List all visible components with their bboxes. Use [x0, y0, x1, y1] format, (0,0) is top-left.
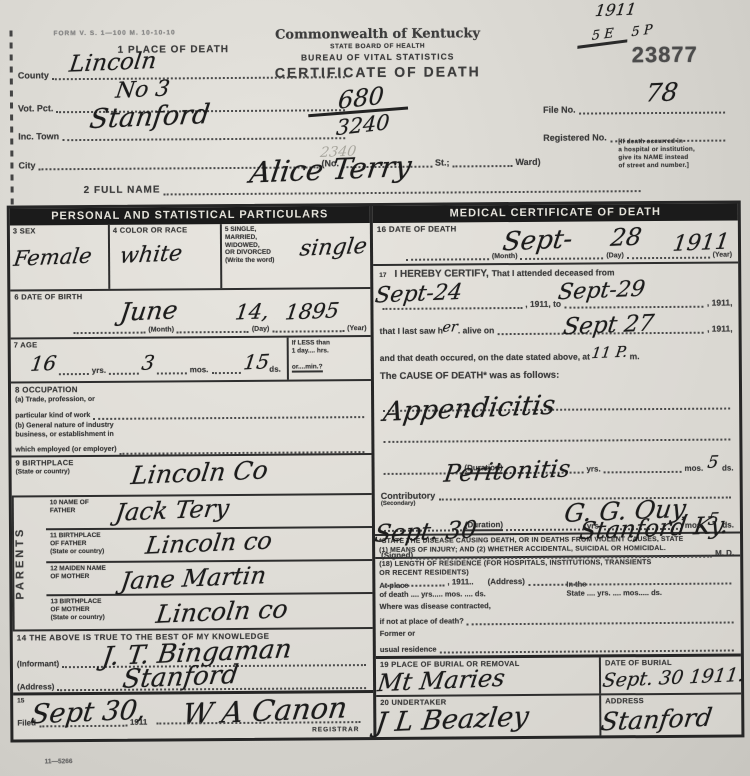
- mother-birthplace-row: 13 BIRTHPLACE OF MOTHER (State or countr…: [46, 594, 372, 629]
- signed-md: M. D.: [715, 548, 734, 557]
- age-row: 7 AGE 16 yrs. 3 mos. 15 ds. If LESS than…: [11, 337, 371, 384]
- street-label: St.;: [435, 157, 450, 167]
- hospital-note: [If death occurred in a hospital or inst…: [618, 137, 733, 169]
- town-value: Stanford: [88, 99, 212, 135]
- undertaker-address-value: Stanford: [599, 703, 714, 737]
- burial-place-value: Mt Maries: [376, 664, 507, 697]
- burial-place-cell: 19 PLACE OF BURIAL OR REMOVAL Mt Maries: [376, 657, 601, 695]
- last-saw-text-2: . alive on: [458, 325, 494, 335]
- age-yrs-label: yrs.: [92, 366, 106, 375]
- race-label: 4 COLOR OR RACE: [113, 226, 217, 235]
- sign-year-print: , 1911..: [447, 577, 473, 586]
- parents-block: PARENTS 10 NAME OF FATHER Jack Tery 11 B…: [12, 495, 373, 632]
- county-label: County: [18, 70, 49, 80]
- age-less-line: 1 day.... hrs.: [292, 347, 368, 355]
- undertaker-value: J L Beazley: [374, 701, 531, 738]
- dod-year-sublabel: (Year): [713, 252, 733, 259]
- informant-row: 14 THE ABOVE IS TRUE TO THE BEST OF MY K…: [13, 629, 373, 696]
- age-days-value: 15: [242, 349, 271, 374]
- form-note: FORM V. S. 1—100 M. 10-10-10: [53, 29, 175, 38]
- filed-date-value: Sept 30,: [29, 695, 148, 731]
- personal-column: PERSONAL AND STATISTICAL PARTICULARS 3 S…: [10, 206, 377, 740]
- age-years-value: 16: [29, 351, 58, 376]
- sex-label: 3 SEX: [13, 227, 105, 236]
- contributory-label: Contributory: [381, 490, 436, 500]
- certify-block: 17 I HEREBY CERTIFY, That I attended dec…: [373, 264, 740, 535]
- burial-date-cell: DATE OF BURIAL Sept. 30 1911.: [601, 656, 741, 693]
- sign-address-label: (Address): [488, 577, 525, 586]
- full-name-label: 2 FULL NAME: [84, 184, 161, 196]
- certify-lead: I HEREBY CERTIFY,: [394, 269, 488, 281]
- duration-mos-1: mos.: [684, 464, 703, 473]
- board-subtitle: STATE BOARD OF HEALTH: [223, 42, 533, 51]
- dod-day-sublabel: (Day): [606, 253, 624, 260]
- sign-date-value: Sept. 30: [373, 516, 479, 548]
- hospital-note-line: of street and number.]: [618, 161, 733, 170]
- scribble-bottom: 5 P: [631, 22, 653, 40]
- duration-ds-1: ds.: [722, 464, 734, 473]
- informant-label: (Informant): [17, 659, 59, 668]
- father-birthplace-row: 11 BIRTHPLACE OF FATHER (State or countr…: [46, 528, 372, 563]
- sex-value: Female: [12, 244, 93, 271]
- file-no-value: 78: [644, 77, 680, 107]
- last-saw-pronoun: er: [442, 319, 459, 336]
- mother-name-row: 12 MAIDEN NAME OF MOTHER Jane Martin: [46, 561, 372, 596]
- mother-bp-value: Lincoln co: [154, 594, 289, 628]
- duration-yrs-1: yrs.: [586, 465, 600, 474]
- occupation-line-b3: which employed (or employer): [15, 446, 116, 455]
- sex-cell: 3 SEX Female: [10, 225, 110, 290]
- informant-address-label: (Address): [17, 683, 54, 692]
- birthplace-row: 9 BIRTHPLACE (State or country) Lincoln …: [11, 455, 371, 498]
- mother-name-value: Jane Martin: [119, 561, 268, 595]
- age-less-line: or....min.?: [292, 363, 323, 373]
- age-label: 7 AGE: [14, 340, 284, 351]
- age-ds-label: ds.: [269, 365, 281, 374]
- former-label-2: usual residence: [380, 645, 437, 654]
- bureau-subtitle: BUREAU OF VITAL STATISTICS: [223, 51, 533, 63]
- informant-address-value: Stanford: [121, 660, 240, 695]
- marital-value: single: [298, 234, 368, 262]
- filed-row: 15 Filed 1911 Sept 30, W A Canon REGISTR…: [13, 693, 373, 740]
- certify-number: 17: [379, 272, 386, 280]
- death-occurred-text: and that death occured, on the date stat…: [380, 351, 590, 362]
- last-saw-text: that I last saw h: [380, 325, 443, 335]
- in-state-label-2: State .... yrs. .... mos..... ds.: [566, 587, 736, 597]
- certificate-number: 23877: [632, 42, 698, 68]
- father-bp-value: Lincoln co: [144, 527, 274, 560]
- father-name-row: 10 NAME OF FATHER Jack Tery: [46, 495, 372, 530]
- marital-cell: 5 SINGLE, MARRIED, WIDOWED, OR DIVORCED …: [222, 223, 370, 288]
- file-no-label: File No.: [543, 104, 576, 114]
- cause-duration-days: 5: [706, 453, 720, 473]
- undertaker-address-cell: ADDRESS Stanford: [601, 694, 741, 735]
- attended-from-value: Sept-24: [373, 280, 463, 309]
- certificate-body: PERSONAL AND STATISTICAL PARTICULARS 3 S…: [7, 200, 745, 742]
- burial-block: 19 PLACE OF BURIAL OR REMOVAL Mt Maries …: [376, 653, 742, 737]
- last-saw-year: , 1911,: [707, 323, 733, 333]
- footer-form-number: 11—5266: [45, 758, 73, 766]
- dod-month-sublabel: (Month): [492, 253, 518, 260]
- death-certificate-scan: FORM V. S. 1—100 M. 10-10-10 1911 5 E 5 …: [0, 0, 750, 776]
- signed-label: (Signed): [381, 550, 413, 559]
- county-value: Lincoln: [68, 48, 158, 78]
- certify-lead-2: That I attended deceased from: [492, 268, 615, 279]
- dob-day-sublabel: (Day): [252, 326, 270, 333]
- registrar-label: REGISTRAR: [312, 726, 359, 734]
- scribble-top: 5 E: [577, 24, 628, 49]
- birthplace-value: Lincoln Co: [129, 455, 270, 490]
- ward-label: Ward): [515, 156, 540, 166]
- death-time-value: 11 P.: [591, 343, 629, 363]
- last-seen-value: Sept 27: [562, 311, 656, 341]
- sex-race-marital-row: 3 SEX Female 4 COLOR OR RACE white 5 SIN…: [10, 223, 370, 292]
- age-months-value: 3: [140, 350, 156, 375]
- undertaker-cell: 20 UNDERTAKER J L Beazley: [376, 695, 601, 737]
- cause-of-death-value: Appendicitis: [382, 390, 558, 428]
- attended-to-value: Sept-29: [556, 277, 646, 306]
- commonwealth-title: Commonwealth of Kentucky: [222, 26, 532, 43]
- race-value: white: [118, 241, 184, 269]
- year-stamp: 1911: [594, 0, 637, 20]
- precinct-value: No 3: [114, 76, 171, 103]
- date-of-death-row: 16 DATE OF DEATH Sept- 28 1911 (Month) (…: [373, 220, 738, 266]
- dob-month-sublabel: (Month): [148, 326, 174, 333]
- binding-marks-left: [9, 31, 13, 211]
- death-occurred-text-2: m.: [630, 351, 640, 361]
- occupation-row: 8 OCCUPATION (a) Trade, profession, or p…: [11, 381, 372, 458]
- contributory-value: Peritonitis: [442, 455, 572, 488]
- precinct-label: Vot. Pct.: [18, 103, 53, 113]
- town-label: Inc. Town: [18, 131, 59, 141]
- city-label: City: [18, 160, 35, 170]
- age-less-cell: If LESS than 1 day.... hrs. or....min.?: [287, 337, 371, 380]
- cause-of-death-lead: The CAUSE OF DEATH* was as follows:: [380, 368, 733, 381]
- age-main-cell: 7 AGE 16 yrs. 3 mos. 15 ds.: [11, 338, 287, 382]
- father-name-value: Jack Tery: [114, 494, 231, 527]
- burial-date-value: Sept. 30 1911.: [601, 664, 745, 692]
- medical-column: MEDICAL CERTIFICATE OF DEATH 16 DATE OF …: [373, 203, 742, 737]
- registered-no-label: Registered No.: [543, 132, 607, 142]
- certify-year2: , 1911,: [707, 297, 733, 307]
- at-place-label-2: of death .... yrs..... mos. .... ds.: [379, 588, 566, 598]
- dob-row: 6 DATE OF BIRTH June 14, 1895 (Month) (D…: [10, 289, 370, 340]
- contracted-label-2: if not at place of death?: [380, 617, 464, 627]
- occupation-label: 8 OCCUPATION: [15, 383, 367, 395]
- parents-side-label: PARENTS: [12, 497, 47, 629]
- file-no-row: File No.: [543, 98, 728, 115]
- dob-year-sublabel: (Year): [347, 325, 367, 332]
- full-name-value: Alice Terry: [248, 149, 414, 190]
- race-cell: 4 COLOR OR RACE white: [110, 224, 222, 289]
- age-mos-label: mos.: [190, 365, 209, 374]
- occupation-line-a2: particular kind of work: [15, 412, 90, 421]
